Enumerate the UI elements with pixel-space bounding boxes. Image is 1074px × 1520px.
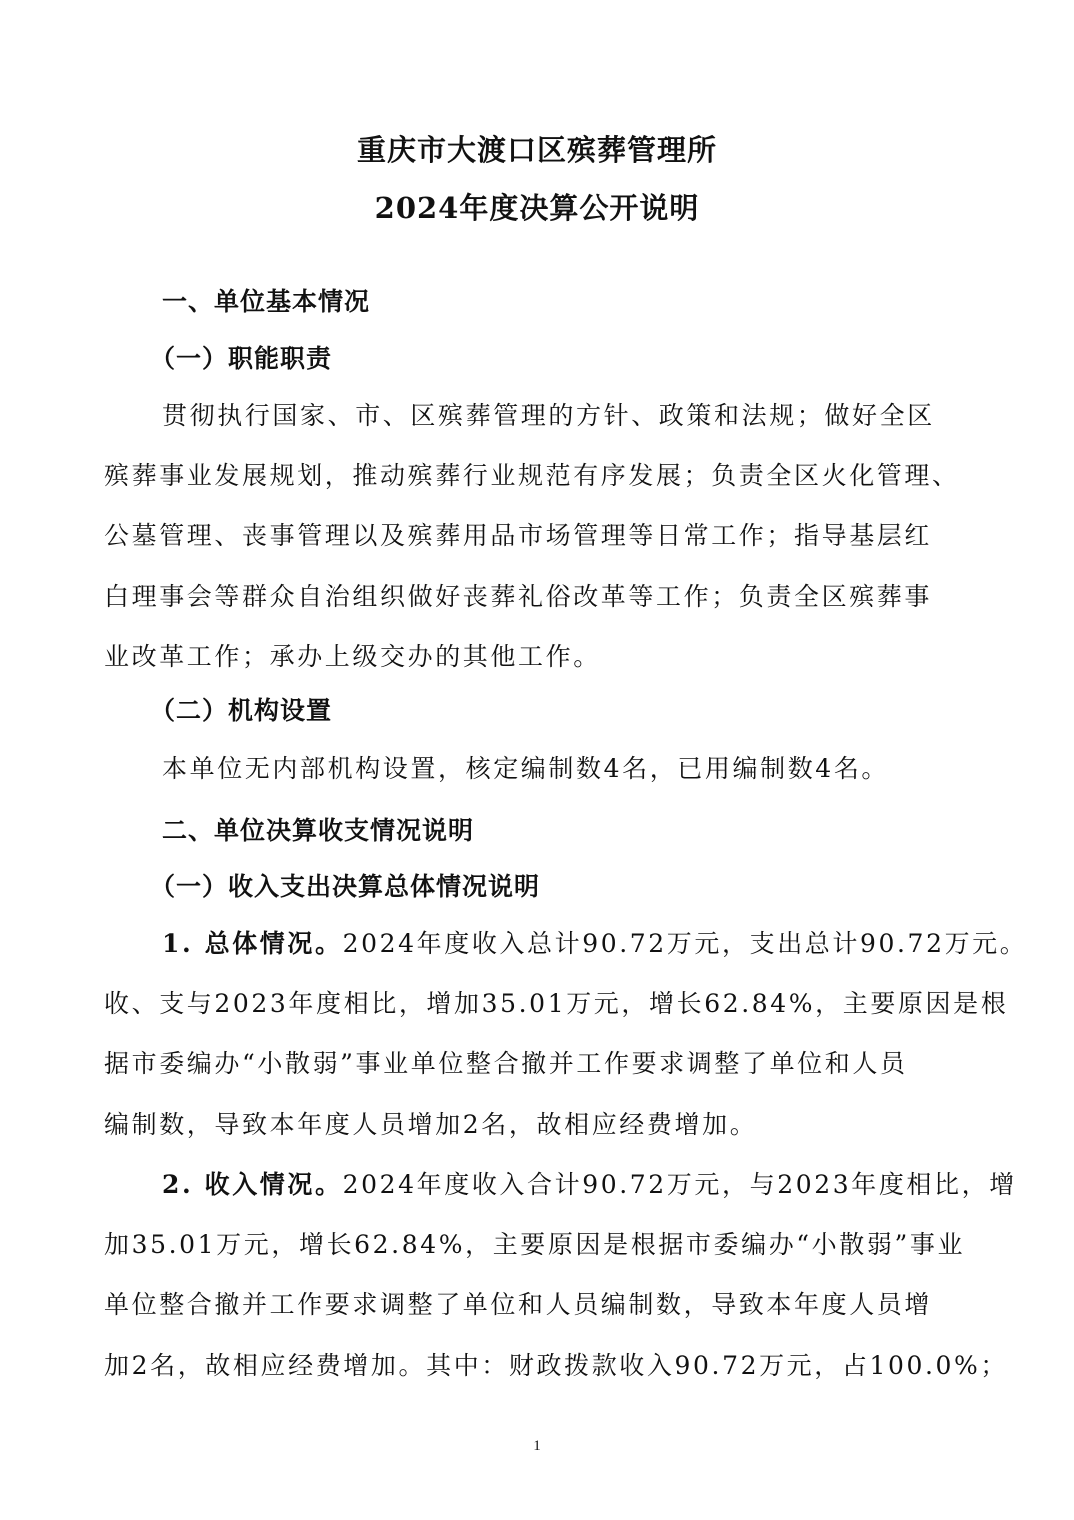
functions-line-3: 公墓管理、丧事管理以及殡葬用品市场管理等日常工作；指导基层红 bbox=[104, 506, 972, 566]
income-line-4: 加2名，故相应经费增加。其中：财政拨款收入90.72万元，占100.0%； bbox=[104, 1336, 972, 1396]
income-line-3: 单位整合撤并工作要求调整了单位和人员编制数，导致本年度人员增 bbox=[104, 1275, 972, 1335]
overall-line-2: 收、支与2023年度相比，增加35.01万元，增长62.84%，主要原因是根 bbox=[104, 974, 972, 1034]
document-page: 重庆市大渡口区殡葬管理所 2024年度决算公开说明 一、单位基本情况 （一）职能… bbox=[0, 0, 1074, 1520]
income-line-1-text: 2024年度收入合计90.72万元，与2023年度相比，增 bbox=[343, 1170, 1017, 1199]
page-number: 1 bbox=[0, 1438, 1074, 1455]
overall-paragraph: 1. 总体情况。2024年度收入总计90.72万元，支出总计90.72万元。 收… bbox=[104, 914, 972, 1155]
overall-line-4: 编制数，导致本年度人员增加2名，故相应经费增加。 bbox=[104, 1095, 972, 1155]
overall-line-1: 1. 总体情况。2024年度收入总计90.72万元，支出总计90.72万元。 bbox=[104, 914, 972, 974]
organization-paragraph: 本单位无内部机构设置，核定编制数4名，已用编制数4名。 bbox=[104, 739, 972, 799]
subsection-heading-organization: （二）机构设置 bbox=[150, 694, 332, 728]
organization-text: 本单位无内部机构设置，核定编制数4名，已用编制数4名。 bbox=[104, 739, 972, 799]
functions-paragraph: 贯彻执行国家、市、区殡葬管理的方针、政策和法规；做好全区 殡葬事业发展规划，推动… bbox=[104, 386, 972, 687]
overall-line-1-text: 2024年度收入总计90.72万元，支出总计90.72万元。 bbox=[343, 929, 1028, 958]
functions-line-1: 贯彻执行国家、市、区殡葬管理的方针、政策和法规；做好全区 bbox=[104, 386, 972, 446]
overall-line-3: 据市委编办“小散弱”事业单位整合撤并工作要求调整了单位和人员 bbox=[104, 1034, 972, 1094]
functions-line-5: 业改革工作；承办上级交办的其他工作。 bbox=[104, 627, 972, 687]
subsection-heading-overall: （一）收入支出决算总体情况说明 bbox=[150, 870, 540, 904]
income-line-1: 2. 收入情况。2024年度收入合计90.72万元，与2023年度相比，增 bbox=[104, 1155, 972, 1215]
income-lead: 2. 收入情况。 bbox=[162, 1170, 343, 1199]
income-line-2: 加35.01万元，增长62.84%，主要原因是根据市委编办“小散弱”事业 bbox=[104, 1215, 972, 1275]
functions-line-2: 殡葬事业发展规划，推动殡葬行业规范有序发展；负责全区火化管理、 bbox=[104, 446, 972, 506]
document-subtitle: 2024年度决算公开说明 bbox=[0, 188, 1074, 228]
overall-lead: 1. 总体情况。 bbox=[162, 929, 343, 958]
subsection-heading-functions: （一）职能职责 bbox=[150, 342, 332, 376]
section-heading-budget: 二、单位决算收支情况说明 bbox=[162, 814, 474, 848]
section-heading-basic-info: 一、单位基本情况 bbox=[162, 285, 370, 319]
income-paragraph: 2. 收入情况。2024年度收入合计90.72万元，与2023年度相比，增 加3… bbox=[104, 1155, 972, 1396]
document-title: 重庆市大渡口区殡葬管理所 bbox=[0, 130, 1074, 170]
functions-line-4: 白理事会等群众自治组织做好丧葬礼俗改革等工作；负责全区殡葬事 bbox=[104, 567, 972, 627]
